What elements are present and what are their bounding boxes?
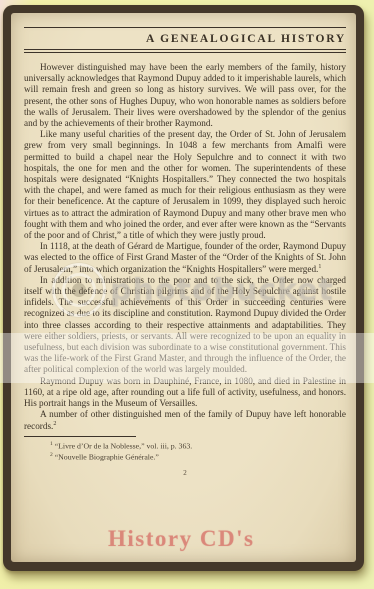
- footnote: 2 “Nouvelle Biographie Générale.”: [24, 451, 346, 462]
- header-rule-double: [24, 49, 346, 53]
- footnote-ref: 1: [318, 264, 321, 270]
- photo-frame: A GENEALOGICAL HISTORY However distingui…: [3, 5, 364, 571]
- page-number: 2: [24, 469, 346, 477]
- paragraph: A number of other distinguished men of t…: [24, 409, 346, 431]
- paragraph: In addition to ministrations to the poor…: [24, 275, 346, 376]
- paragraph-text: In 1118, at the death of Gérard de Marti…: [24, 241, 346, 273]
- paragraph-text: A number of other distinguished men of t…: [24, 409, 346, 430]
- paragraph-text: Raymond Dupuy was born in Dauphiné, Fran…: [24, 376, 346, 408]
- page-title: A GENEALOGICAL HISTORY: [24, 33, 346, 45]
- paragraph-text: However distinguished may have been the …: [24, 62, 346, 128]
- page-content: A GENEALOGICAL HISTORY However distingui…: [24, 20, 346, 477]
- footnote-ref: 2: [53, 420, 56, 426]
- paragraph: In 1118, at the death of Gérard de Marti…: [24, 241, 346, 275]
- footnote-marker: 2: [50, 452, 53, 458]
- footnote-text: “Nouvelle Biographie Générale.”: [55, 452, 159, 461]
- footnote: 1 “Livre d’Or de la Noblesse,” vol. iii,…: [24, 440, 346, 451]
- book-page: A GENEALOGICAL HISTORY However distingui…: [11, 13, 356, 562]
- header-rule-top: [24, 27, 346, 28]
- footnote-separator: [24, 436, 136, 437]
- paragraph-text: In addition to ministrations to the poor…: [24, 275, 346, 375]
- body-text: However distinguished may have been the …: [24, 62, 346, 432]
- footnote-marker: 1: [50, 441, 53, 447]
- paragraph: Raymond Dupuy was born in Dauphiné, Fran…: [24, 376, 346, 410]
- paragraph: However distinguished may have been the …: [24, 62, 346, 129]
- paragraph: Like many useful charities of the presen…: [24, 129, 346, 241]
- screenshot-root: { "header": { "title": "A GENEALOGICAL H…: [0, 0, 374, 589]
- paragraph-text: Like many useful charities of the presen…: [24, 129, 346, 240]
- footnote-text: “Livre d’Or de la Noblesse,” vol. iii, p…: [55, 441, 193, 450]
